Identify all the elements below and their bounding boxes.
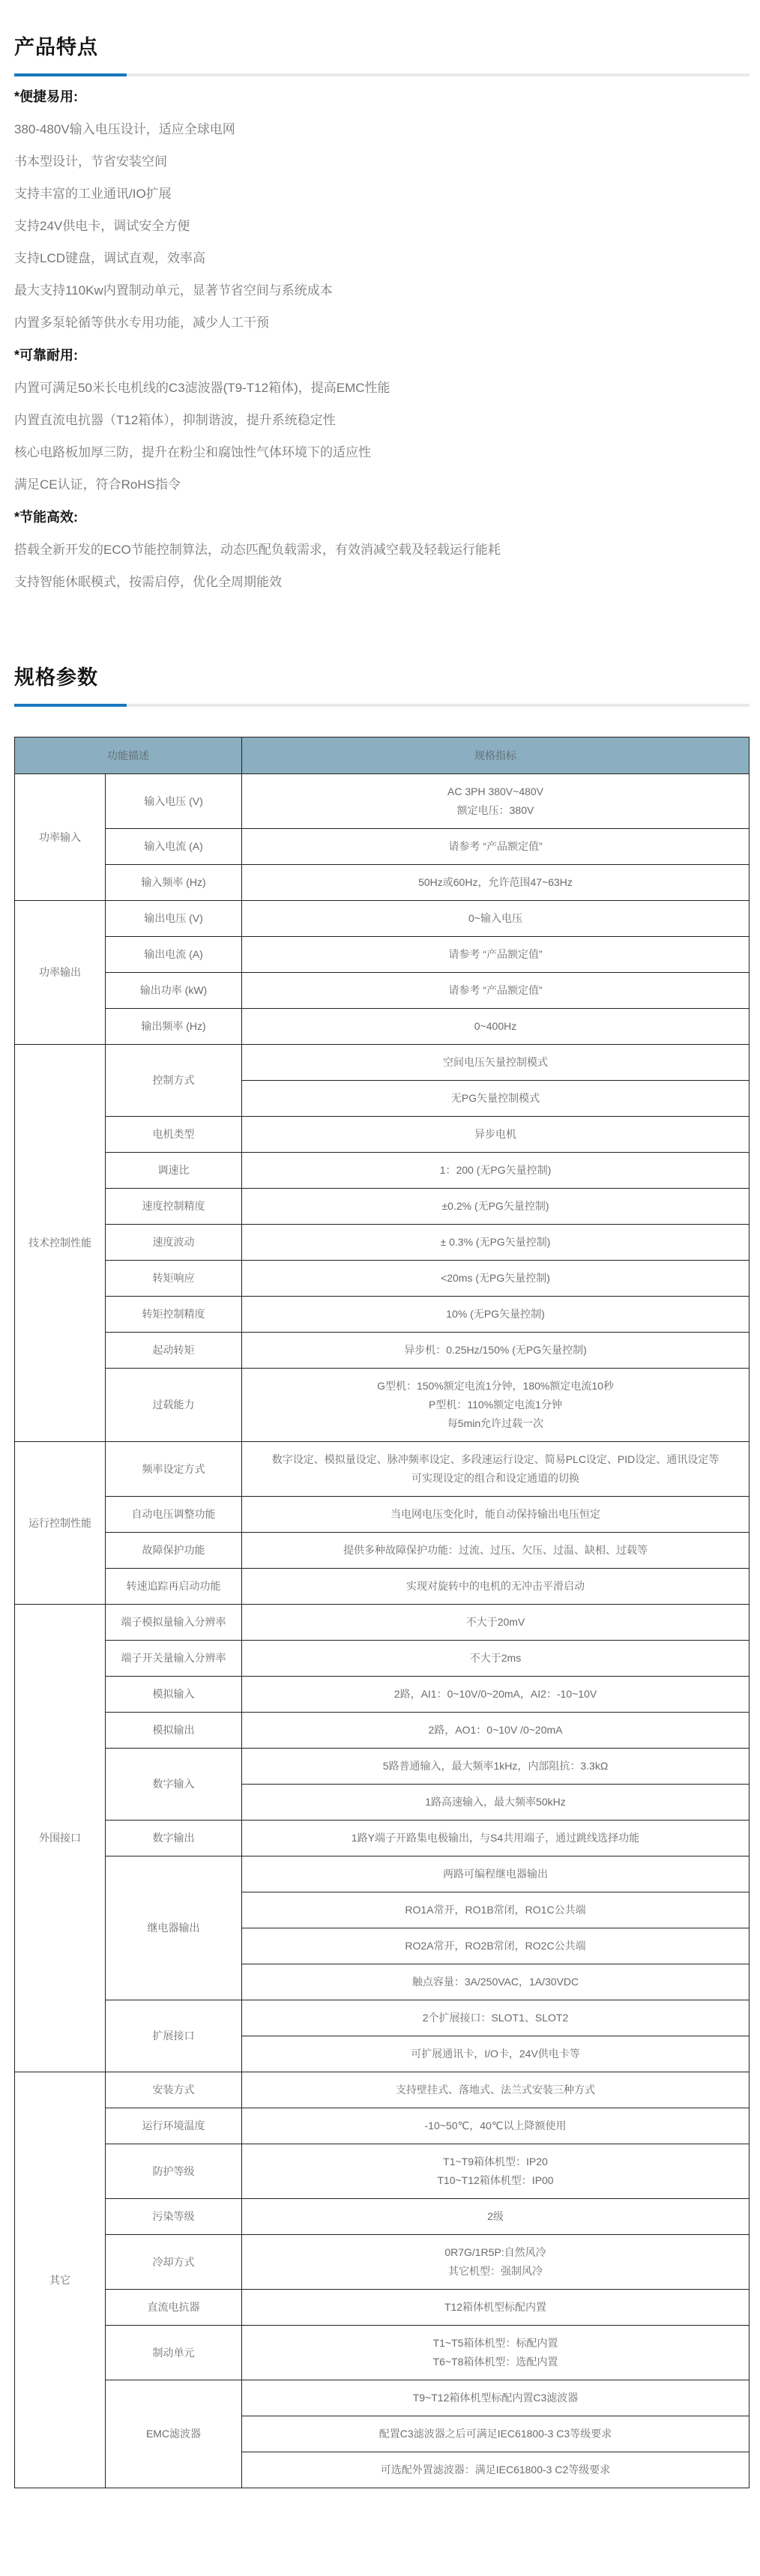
spec-value-line: 配置C3滤波器之后可满足IEC61800-3 C3等级要求 <box>250 2426 741 2442</box>
spec-row: 运行控制性能频率设定方式数字设定、模拟量设定、脉冲频率设定、多段速运行设定、简易… <box>15 1442 750 1497</box>
spec-value-cell: 2路，AI1：0~10V/0~20mA，AI2：-10~10V <box>242 1677 750 1713</box>
spec-row: 转速追踪再启动功能实现对旋转中的电机的无冲击平滑启动 <box>15 1569 750 1605</box>
spec-row: 调速比1：200 (无PG矢量控制) <box>15 1153 750 1189</box>
feature-group-heading: *可靠耐用: <box>14 346 750 365</box>
spec-value-cell: -10~50℃，40℃以上降额使用 <box>242 2108 750 2144</box>
spec-value-cell: 空间电压矢量控制模式 <box>242 1045 750 1081</box>
spec-value-cell: 请参考 “产品额定值” <box>242 973 750 1009</box>
spec-value-cell: 请参考 “产品额定值” <box>242 829 750 865</box>
spec-value-line: 0~输入电压 <box>250 911 741 926</box>
spec-label-cell: 数字输出 <box>106 1821 242 1856</box>
spec-row: 输入频率 (Hz)50Hz或60Hz，允许范围47~63Hz <box>15 865 750 901</box>
feature-item: 满足CE认证，符合RoHS指令 <box>14 476 750 494</box>
spec-row: 功率输出输出电压 (V)0~输入电压 <box>15 901 750 937</box>
spec-value-cell: ±0.2% (无PG矢量控制) <box>242 1189 750 1225</box>
spec-label-cell: 污染等级 <box>106 2199 242 2235</box>
spec-value-cell: 不大于2ms <box>242 1641 750 1677</box>
spec-value-line: 请参考 “产品额定值” <box>250 947 741 962</box>
spec-value-cell: RO1A常开，RO1B常闭，RO1C公共端 <box>242 1892 750 1928</box>
spec-value-line: 支持壁挂式、落地式、法兰式安装三种方式 <box>250 2082 741 2098</box>
specs-divider-accent <box>14 704 127 707</box>
feature-group: *节能高效:搭载全新开发的ECO节能控制算法，动态匹配负载需求，有效消减空载及轻… <box>14 508 750 591</box>
spec-value-line: 1路高速输入，最大频率50kHz <box>250 1794 741 1810</box>
spec-row: 运行环境温度-10~50℃，40℃以上降额使用 <box>15 2108 750 2144</box>
spec-value-line: 2个扩展接口：SLOT1、SLOT2 <box>250 2010 741 2026</box>
spec-value-line: 1：200 (无PG矢量控制) <box>250 1162 741 1178</box>
feature-group-heading: *便捷易用: <box>14 88 750 106</box>
spec-value-cell: RO2A常开，RO2B常闭，RO2C公共端 <box>242 1928 750 1964</box>
spec-row: 制动单元T1~T5箱体机型：标配内置T6~T8箱体机型：选配内置 <box>15 2326 750 2380</box>
spec-label-cell: 调速比 <box>106 1153 242 1189</box>
spec-value-cell: 异步电机 <box>242 1117 750 1153</box>
feature-group: *便捷易用:380-480V输入电压设计，适应全球电网书本型设计，节省安装空间支… <box>14 88 750 332</box>
spec-label-cell: 控制方式 <box>106 1045 242 1117</box>
spec-label-cell: 起动转矩 <box>106 1333 242 1369</box>
spec-label-cell: 制动单元 <box>106 2326 242 2380</box>
spec-table: 功能描述 规格指标 功率输入输入电压 (V)AC 3PH 380V~480V额定… <box>14 737 750 2488</box>
spec-value-line: 空间电压矢量控制模式 <box>250 1055 741 1070</box>
spec-value-cell: T9~T12箱体机型标配内置C3滤波器 <box>242 2380 750 2416</box>
spec-label-cell: 输入频率 (Hz) <box>106 865 242 901</box>
spec-row: 冷却方式0R7G/1R5P:自然风冷其它机型：强制风冷 <box>15 2235 750 2290</box>
spec-value-line: T9~T12箱体机型标配内置C3滤波器 <box>250 2390 741 2406</box>
spec-row: 故障保护功能提供多种故障保护功能：过流、过压、欠压、过温、缺相、过载等 <box>15 1533 750 1569</box>
spec-value-cell: 当电网电压变化时，能自动保持输出电压恒定 <box>242 1497 750 1533</box>
spec-row: 速度波动± 0.3% (无PG矢量控制) <box>15 1225 750 1261</box>
spec-value-line: 额定电压：380V <box>250 803 741 818</box>
spec-label-cell: 电机类型 <box>106 1117 242 1153</box>
feature-item: 支持24V供电卡，调试安全方便 <box>14 217 750 235</box>
spec-table-body: 功率输入输入电压 (V)AC 3PH 380V~480V额定电压：380V输入电… <box>15 774 750 2488</box>
spec-value-cell: T12箱体机型标配内置 <box>242 2290 750 2326</box>
spec-label-cell: 转矩响应 <box>106 1261 242 1297</box>
spec-label-cell: 故障保护功能 <box>106 1533 242 1569</box>
spec-value-line: -10~50℃，40℃以上降额使用 <box>250 2118 741 2134</box>
spec-value-line: 数字设定、模拟量设定、脉冲频率设定、多段速运行设定、简易PLC设定、PID设定、… <box>250 1452 741 1468</box>
features-title: 产品特点 <box>14 33 750 61</box>
spec-label-cell: 模拟输入 <box>106 1677 242 1713</box>
spec-row: 过载能力G型机：150%额定电流1分钟，180%额定电流10秒P型机：110%额… <box>15 1369 750 1442</box>
spec-value-cell: 2个扩展接口：SLOT1、SLOT2 <box>242 2000 750 2036</box>
spec-table-header-spec: 规格指标 <box>242 737 750 774</box>
spec-label-cell: 冷却方式 <box>106 2235 242 2290</box>
feature-item: 支持丰富的工业通讯/IO扩展 <box>14 185 750 203</box>
spec-label-cell: 频率设定方式 <box>106 1442 242 1497</box>
spec-value-line: 2路，AI1：0~10V/0~20mA，AI2：-10~10V <box>250 1686 741 1702</box>
spec-value-cell: 支持壁挂式、落地式、法兰式安装三种方式 <box>242 2072 750 2108</box>
spec-value-line: T10~T12箱体机型：IP00 <box>250 2173 741 2189</box>
spec-label-cell: 端子开关量输入分辨率 <box>106 1641 242 1677</box>
spec-row: 输出电流 (A)请参考 “产品额定值” <box>15 937 750 973</box>
spec-label-cell: 模拟输出 <box>106 1713 242 1749</box>
spec-row: 数字输出1路Y端子开路集电极输出，与S4共用端子，通过跳线选择功能 <box>15 1821 750 1856</box>
spec-category-cell: 技术控制性能 <box>15 1045 106 1442</box>
spec-table-header-function: 功能描述 <box>15 737 242 774</box>
spec-value-cell: 无PG矢量控制模式 <box>242 1081 750 1117</box>
spec-value-line: <20ms (无PG矢量控制) <box>250 1270 741 1286</box>
spec-value-cell: AC 3PH 380V~480V额定电压：380V <box>242 774 750 829</box>
spec-label-cell: 安装方式 <box>106 2072 242 2108</box>
spec-value-line: 提供多种故障保护功能：过流、过压、欠压、过温、缺相、过载等 <box>250 1542 741 1558</box>
spec-value-cell: 0R7G/1R5P:自然风冷其它机型：强制风冷 <box>242 2235 750 2290</box>
spec-label-cell: 运行环境温度 <box>106 2108 242 2144</box>
spec-label-cell: 输出频率 (Hz) <box>106 1009 242 1045</box>
spec-value-line: AC 3PH 380V~480V <box>250 784 741 800</box>
spec-value-cell: ± 0.3% (无PG矢量控制) <box>242 1225 750 1261</box>
spec-label-cell: 扩展接口 <box>106 2000 242 2072</box>
features-divider-accent <box>14 73 127 76</box>
feature-group: *可靠耐用:内置可满足50米长电机线的C3滤波器(T9-T12箱体)，提高EMC… <box>14 346 750 494</box>
spec-value-line: 不大于20mV <box>250 1614 741 1630</box>
spec-label-cell: 继电器输出 <box>106 1856 242 2000</box>
spec-value-cell: 0~400Hz <box>242 1009 750 1045</box>
spec-label-cell: 数字输入 <box>106 1749 242 1821</box>
spec-label-cell: 转矩控制精度 <box>106 1297 242 1333</box>
spec-value-cell: 5路普通输入，最大频率1kHz，内部阻抗：3.3kΩ <box>242 1749 750 1785</box>
spec-label-cell: 过载能力 <box>106 1369 242 1442</box>
spec-value-line: RO2A常开，RO2B常闭，RO2C公共端 <box>250 1938 741 1954</box>
spec-label-cell: 输入电压 (V) <box>106 774 242 829</box>
spec-value-cell: T1~T9箱体机型：IP20T10~T12箱体机型：IP00 <box>242 2144 750 2199</box>
spec-label-cell: 输出功率 (kW) <box>106 973 242 1009</box>
spec-value-line: 两路可编程继电器输出 <box>250 1866 741 1882</box>
spec-label-cell: 速度控制精度 <box>106 1189 242 1225</box>
spec-row: 功率输入输入电压 (V)AC 3PH 380V~480V额定电压：380V <box>15 774 750 829</box>
spec-label-cell: 防护等级 <box>106 2144 242 2199</box>
spec-value-line: 10% (无PG矢量控制) <box>250 1306 741 1322</box>
spec-row: 起动转矩异步机：0.25Hz/150% (无PG矢量控制) <box>15 1333 750 1369</box>
spec-label-cell: 自动电压调整功能 <box>106 1497 242 1533</box>
spec-value-cell: 可选配外置滤波器：满足IEC61800-3 C2等级要求 <box>242 2452 750 2488</box>
spec-value-line: 0R7G/1R5P:自然风冷 <box>250 2245 741 2260</box>
features-divider <box>14 73 750 76</box>
feature-item: 核心电路板加厚三防，提升在粉尘和腐蚀性气体环境下的适应性 <box>14 444 750 462</box>
spec-row: 速度控制精度±0.2% (无PG矢量控制) <box>15 1189 750 1225</box>
spec-label-cell: 输出电压 (V) <box>106 901 242 937</box>
product-page: 产品特点 *便捷易用:380-480V输入电压设计，适应全球电网书本型设计，节省… <box>0 0 760 2508</box>
feature-group-heading: *节能高效: <box>14 508 750 527</box>
spec-value-line: T6~T8箱体机型：选配内置 <box>250 2354 741 2370</box>
feature-item: 最大支持110Kw内置制动单元，显著节省空间与系统成本 <box>14 282 750 300</box>
spec-value-cell: 配置C3滤波器之后可满足IEC61800-3 C3等级要求 <box>242 2416 750 2452</box>
spec-value-cell: 两路可编程继电器输出 <box>242 1856 750 1892</box>
spec-row: 转矩控制精度10% (无PG矢量控制) <box>15 1297 750 1333</box>
spec-row: 电机类型异步电机 <box>15 1117 750 1153</box>
spec-value-cell: 请参考 “产品额定值” <box>242 937 750 973</box>
spec-value-line: 可扩展通讯卡，I/O卡，24V供电卡等 <box>250 2046 741 2062</box>
spec-value-line: ±0.2% (无PG矢量控制) <box>250 1198 741 1214</box>
spec-value-cell: 10% (无PG矢量控制) <box>242 1297 750 1333</box>
spec-value-line: 2级 <box>250 2209 741 2224</box>
spec-row: 技术控制性能控制方式空间电压矢量控制模式 <box>15 1045 750 1081</box>
spec-value-cell: 2路，AO1：0~10V /0~20mA <box>242 1713 750 1749</box>
spec-row: 端子开关量输入分辨率不大于2ms <box>15 1641 750 1677</box>
spec-value-line: 其它机型：强制风冷 <box>250 2263 741 2279</box>
feature-item: 内置多泵轮循等供水专用功能，减少人工干预 <box>14 314 750 332</box>
specs-title: 规格参数 <box>14 663 750 692</box>
spec-row: 其它安装方式支持壁挂式、落地式、法兰式安装三种方式 <box>15 2072 750 2108</box>
spec-row: 污染等级2级 <box>15 2199 750 2235</box>
spec-value-cell: 异步机：0.25Hz/150% (无PG矢量控制) <box>242 1333 750 1369</box>
spec-row: 数字输入5路普通输入，最大频率1kHz，内部阻抗：3.3kΩ <box>15 1749 750 1785</box>
feature-item: 内置可满足50米长电机线的C3滤波器(T9-T12箱体)，提高EMC性能 <box>14 379 750 397</box>
spec-value-cell: 1路Y端子开路集电极输出，与S4共用端子，通过跳线选择功能 <box>242 1821 750 1856</box>
spec-label-cell: 转速追踪再启动功能 <box>106 1569 242 1605</box>
spec-row: 转矩响应<20ms (无PG矢量控制) <box>15 1261 750 1297</box>
spec-value-line: 无PG矢量控制模式 <box>250 1091 741 1106</box>
feature-item: 内置直流电抗器（T12箱体），抑制谐波，提升系统稳定性 <box>14 411 750 429</box>
spec-category-cell: 外围接口 <box>15 1605 106 2072</box>
spec-label-cell: EMC滤波器 <box>106 2380 242 2488</box>
spec-category-cell: 其它 <box>15 2072 106 2488</box>
spec-value-line: 触点容量：3A/250VAC，1A/30VDC <box>250 1974 741 1990</box>
spec-value-line: 2路，AO1：0~10V /0~20mA <box>250 1722 741 1738</box>
spec-value-cell: 可扩展通讯卡，I/O卡，24V供电卡等 <box>242 2036 750 2072</box>
spec-label-cell: 速度波动 <box>106 1225 242 1261</box>
spec-value-line: 5路普通输入，最大频率1kHz，内部阻抗：3.3kΩ <box>250 1758 741 1774</box>
spec-value-line: ± 0.3% (无PG矢量控制) <box>250 1234 741 1250</box>
feature-groups: *便捷易用:380-480V输入电压设计，适应全球电网书本型设计，节省安装空间支… <box>14 88 750 591</box>
spec-row: 输出功率 (kW)请参考 “产品额定值” <box>15 973 750 1009</box>
spec-table-header-row: 功能描述 规格指标 <box>15 737 750 774</box>
spec-row: 直流电抗器T12箱体机型标配内置 <box>15 2290 750 2326</box>
spec-value-line: 0~400Hz <box>250 1019 741 1034</box>
spec-value-line: T1~T5箱体机型：标配内置 <box>250 2335 741 2351</box>
spec-value-line: 异步机：0.25Hz/150% (无PG矢量控制) <box>250 1342 741 1358</box>
feature-item: 支持智能休眠模式，按需启停，优化全周期能效 <box>14 573 750 591</box>
spec-category-cell: 运行控制性能 <box>15 1442 106 1605</box>
spec-value-line: 异步电机 <box>250 1126 741 1142</box>
spec-value-line: 实现对旋转中的电机的无冲击平滑启动 <box>250 1578 741 1594</box>
spec-row: 继电器输出两路可编程继电器输出 <box>15 1856 750 1892</box>
spec-value-line: G型机：150%额定电流1分钟，180%额定电流10秒 <box>250 1378 741 1394</box>
spec-value-cell: 提供多种故障保护功能：过流、过压、欠压、过温、缺相、过载等 <box>242 1533 750 1569</box>
spec-row: 模拟输入2路，AI1：0~10V/0~20mA，AI2：-10~10V <box>15 1677 750 1713</box>
specs-section: 规格参数 功能描述 规格指标 功率输入输入电压 (V)AC 3PH 380V~4… <box>14 663 750 2488</box>
features-section: 产品特点 *便捷易用:380-480V输入电压设计，适应全球电网书本型设计，节省… <box>14 33 750 591</box>
spec-value-line: 50Hz或60Hz，允许范围47~63Hz <box>250 875 741 890</box>
spec-value-cell: T1~T5箱体机型：标配内置T6~T8箱体机型：选配内置 <box>242 2326 750 2380</box>
spec-value-cell: 实现对旋转中的电机的无冲击平滑启动 <box>242 1569 750 1605</box>
spec-row: 扩展接口2个扩展接口：SLOT1、SLOT2 <box>15 2000 750 2036</box>
spec-value-cell: 50Hz或60Hz，允许范围47~63Hz <box>242 865 750 901</box>
spec-row: 输出频率 (Hz)0~400Hz <box>15 1009 750 1045</box>
spec-value-line: 请参考 “产品额定值” <box>250 983 741 998</box>
spec-row: 模拟输出2路，AO1：0~10V /0~20mA <box>15 1713 750 1749</box>
spec-value-line: RO1A常开，RO1B常闭，RO1C公共端 <box>250 1902 741 1918</box>
feature-item: 搭载全新开发的ECO节能控制算法，动态匹配负载需求，有效消减空载及轻载运行能耗 <box>14 541 750 559</box>
spec-value-cell: 数字设定、模拟量设定、脉冲频率设定、多段速运行设定、简易PLC设定、PID设定、… <box>242 1442 750 1497</box>
spec-row: EMC滤波器T9~T12箱体机型标配内置C3滤波器 <box>15 2380 750 2416</box>
spec-label-cell: 输出电流 (A) <box>106 937 242 973</box>
spec-label-cell: 输入电流 (A) <box>106 829 242 865</box>
spec-value-line: 请参考 “产品额定值” <box>250 839 741 854</box>
spec-label-cell: 端子模拟量输入分辨率 <box>106 1605 242 1641</box>
spec-row: 输入电流 (A)请参考 “产品额定值” <box>15 829 750 865</box>
spec-value-cell: 2级 <box>242 2199 750 2235</box>
spec-value-line: T1~T9箱体机型：IP20 <box>250 2154 741 2170</box>
spec-category-cell: 功率输出 <box>15 901 106 1045</box>
spec-category-cell: 功率输入 <box>15 774 106 901</box>
spec-value-line: 可选配外置滤波器：满足IEC61800-3 C2等级要求 <box>250 2462 741 2478</box>
spec-value-line: 1路Y端子开路集电极输出，与S4共用端子，通过跳线选择功能 <box>250 1830 741 1846</box>
spec-value-cell: 1：200 (无PG矢量控制) <box>242 1153 750 1189</box>
feature-item: 书本型设计，节省安装空间 <box>14 153 750 171</box>
spec-value-line: 不大于2ms <box>250 1650 741 1666</box>
spec-value-cell: G型机：150%额定电流1分钟，180%额定电流10秒P型机：110%额定电流1… <box>242 1369 750 1442</box>
spec-row: 防护等级T1~T9箱体机型：IP20T10~T12箱体机型：IP00 <box>15 2144 750 2199</box>
specs-divider <box>14 704 750 707</box>
spec-label-cell: 直流电抗器 <box>106 2290 242 2326</box>
spec-value-cell: 1路高速输入，最大频率50kHz <box>242 1785 750 1821</box>
feature-item: 支持LCD键盘，调试直观，效率高 <box>14 250 750 268</box>
spec-value-line: 可实现设定的组合和设定通道的切换 <box>250 1471 741 1486</box>
spec-value-line: T12箱体机型标配内置 <box>250 2299 741 2315</box>
spec-value-line: 每5min允许过载一次 <box>250 1416 741 1432</box>
spec-value-cell: 触点容量：3A/250VAC，1A/30VDC <box>242 1964 750 2000</box>
feature-item: 380-480V输入电压设计，适应全球电网 <box>14 121 750 139</box>
spec-row: 外围接口端子模拟量输入分辨率不大于20mV <box>15 1605 750 1641</box>
spec-value-line: P型机：110%额定电流1分钟 <box>250 1397 741 1413</box>
spec-value-cell: 不大于20mV <box>242 1605 750 1641</box>
spec-value-line: 当电网电压变化时，能自动保持输出电压恒定 <box>250 1506 741 1522</box>
spec-value-cell: 0~输入电压 <box>242 901 750 937</box>
spec-value-cell: <20ms (无PG矢量控制) <box>242 1261 750 1297</box>
spec-row: 自动电压调整功能当电网电压变化时，能自动保持输出电压恒定 <box>15 1497 750 1533</box>
